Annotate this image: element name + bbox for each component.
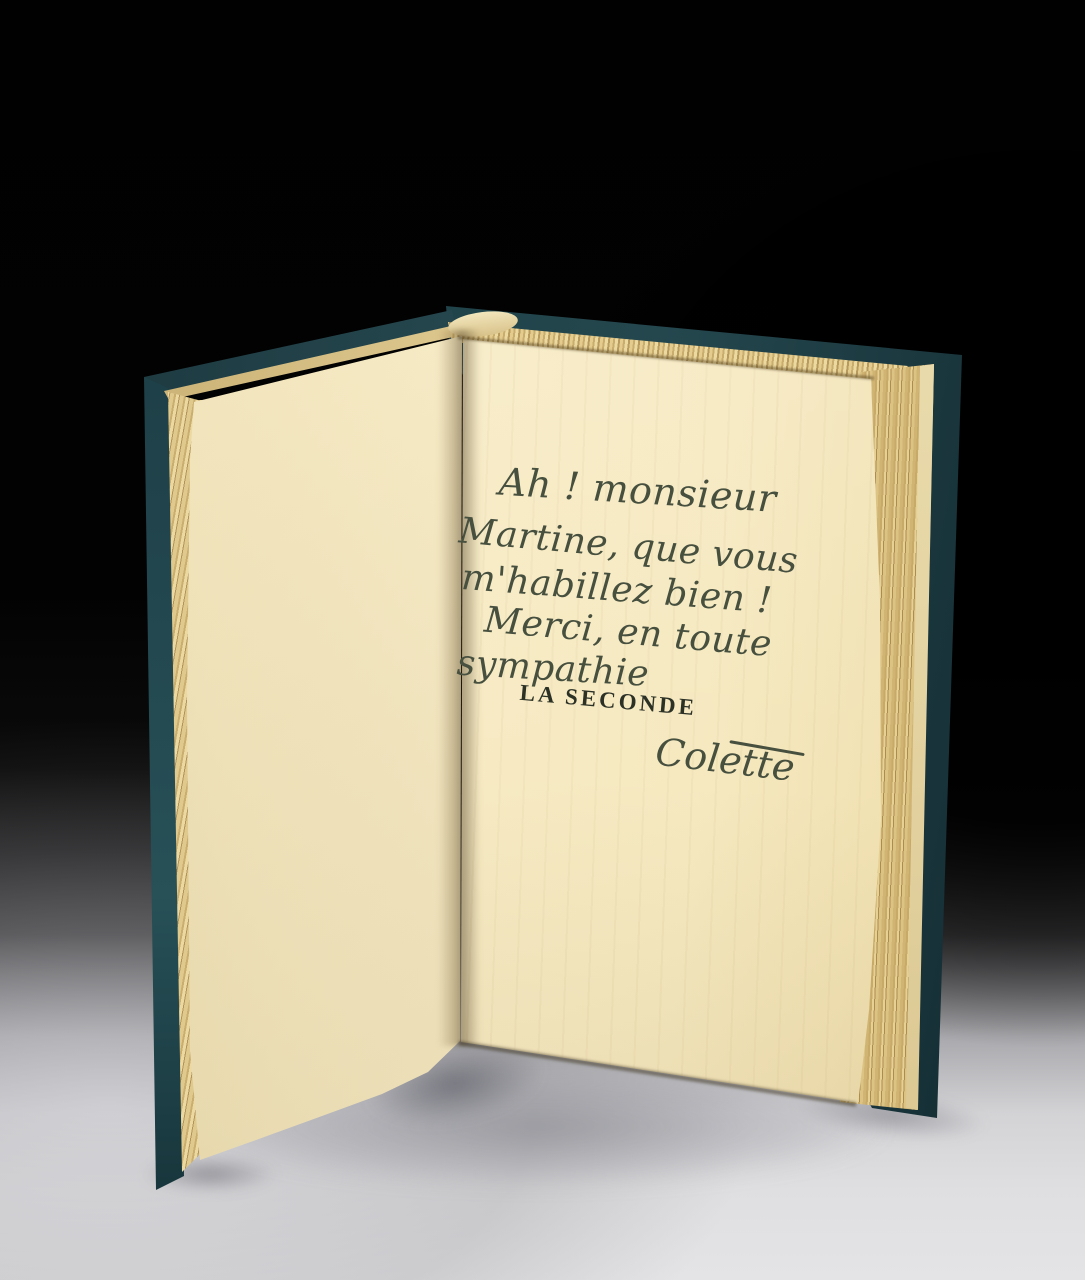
dedication-block: Ah ! monsieur Martine, que vous m'habill… [423,428,934,884]
inscription-line: Ah ! monsieur [498,460,778,521]
photograph-scene: Ah ! monsieur Martine, que vous m'habill… [0,0,1085,1280]
author-signature: Colette [653,729,797,789]
author-signature-group: Colette [653,729,797,789]
left-cover-tip-shadow [120,1150,300,1198]
